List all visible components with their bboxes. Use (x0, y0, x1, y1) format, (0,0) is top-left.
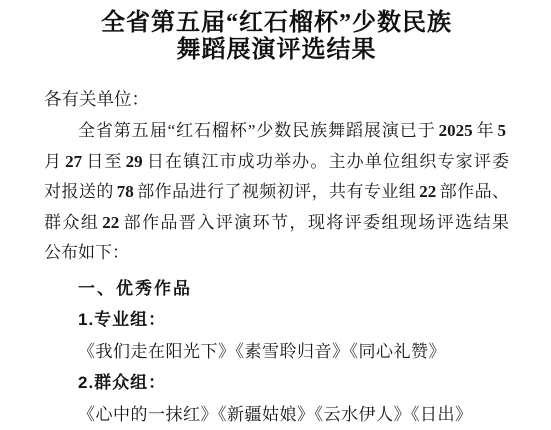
paragraph-text: 日在镇江市成功举办。主办单位组织专家评委 (146, 152, 509, 171)
paragraph-number: 78 (117, 182, 134, 201)
paragraph-text: 部作品、 (439, 182, 509, 201)
paragraph-line: 群众组22部作品晋入评演环节，现将评委组现场评选结果 (44, 208, 509, 239)
paragraph-text: 群众组 (44, 213, 99, 232)
works-list-public: 《心中的一抹红》《新疆姑娘》《云水伊人》《日出》 (44, 399, 509, 430)
paragraph-number: 27 (65, 152, 82, 171)
paragraph-number: 22 (102, 213, 119, 232)
document-page: 全省第五届“红石榴杯”少数民族 舞蹈展演评选结果 各有关单位： 全省第五届“红石… (0, 0, 551, 430)
paragraph-number: 2025 (439, 121, 473, 140)
document-title-line1: 全省第五届“红石榴杯”少数民族 (44, 10, 509, 37)
paragraph-number: 29 (126, 152, 143, 171)
paragraph-line: 全省第五届“红石榴杯”少数民族舞蹈展演已于2025年5 (44, 116, 509, 147)
paragraph-text: 公布如下： (44, 243, 129, 262)
document-title: 全省第五届“红石榴杯”少数民族 舞蹈展演评选结果 (44, 10, 509, 64)
paragraph-text: 日至 (85, 152, 123, 171)
paragraph-text: 部作品进行了视频初评，共有专业组 (137, 182, 416, 201)
paragraph-text: 月 (44, 152, 62, 171)
group-label-professional: 1.专业组： (44, 304, 509, 336)
paragraph-line: 对报送的78部作品进行了视频初评，共有专业组22部作品、 (44, 177, 509, 208)
paragraph-line: 公布如下： (44, 238, 509, 269)
paragraph-number: 22 (419, 182, 436, 201)
paragraph-number: 5 (498, 121, 507, 140)
paragraph-line: 月27日至29日在镇江市成功举办。主办单位组织专家评委 (44, 147, 509, 178)
main-paragraph: 全省第五届“红石榴杯”少数民族舞蹈展演已于2025年5月27日至29日在镇江市成… (44, 116, 509, 269)
salutation: 各有关单位： (44, 88, 509, 110)
paragraph-text: 对报送的 (44, 182, 114, 201)
paragraph-text: 年 (476, 121, 495, 140)
section-heading-outstanding-works: 一、优秀作品 (44, 273, 509, 305)
paragraph-text: 部作品晋入评演环节，现将评委组现场评选结果 (122, 213, 509, 232)
paragraph-text: 全省第五届“红石榴杯”少数民族舞蹈展演已于 (78, 121, 436, 140)
group-label-public: 2.群众组： (44, 367, 509, 399)
document-title-line2: 舞蹈展演评选结果 (44, 37, 509, 64)
works-list-professional: 《我们走在阳光下》《素雪聆归音》《同心礼赞》 (44, 336, 509, 368)
